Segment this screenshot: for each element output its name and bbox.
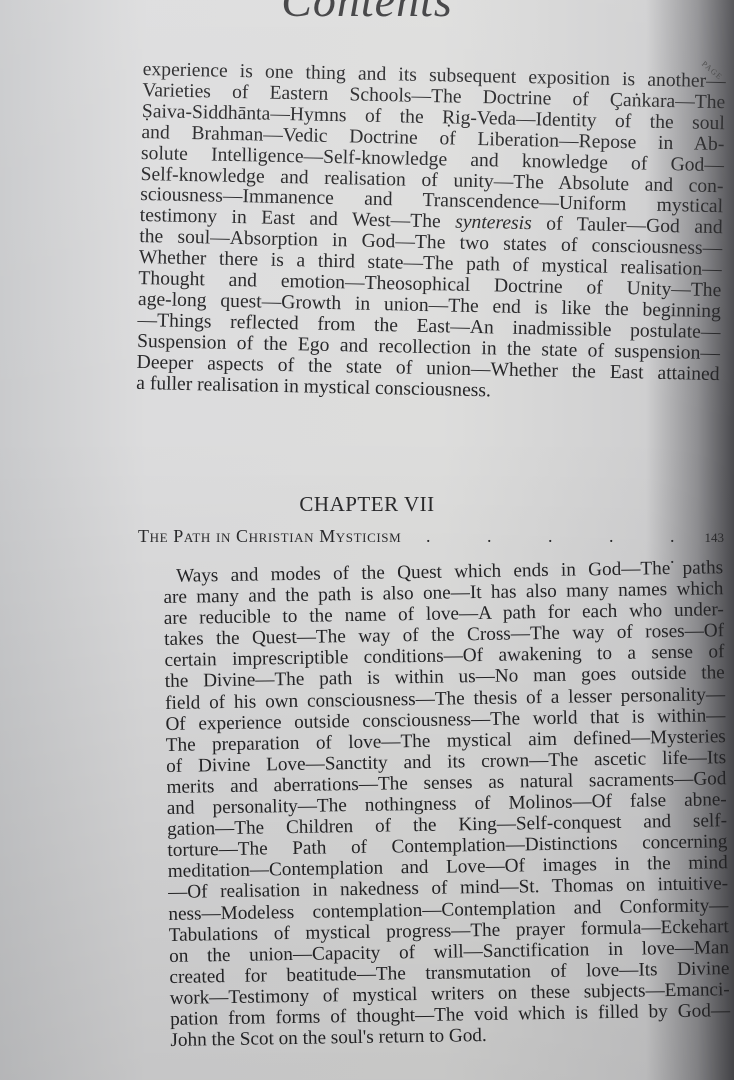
continued-chapter-summary: experience is one thing and its subseque… xyxy=(136,60,726,407)
chapter-heading: CHAPTER VII xyxy=(0,492,734,517)
chapter-summary: Ways and modes of the Quest which ends i… xyxy=(163,557,731,1051)
italic-term: synteresis xyxy=(455,212,532,235)
running-head: Contents xyxy=(0,0,734,27)
chapter-title: The Path in Christian Mysticism xyxy=(138,526,401,547)
page-number: 143 xyxy=(705,530,725,546)
